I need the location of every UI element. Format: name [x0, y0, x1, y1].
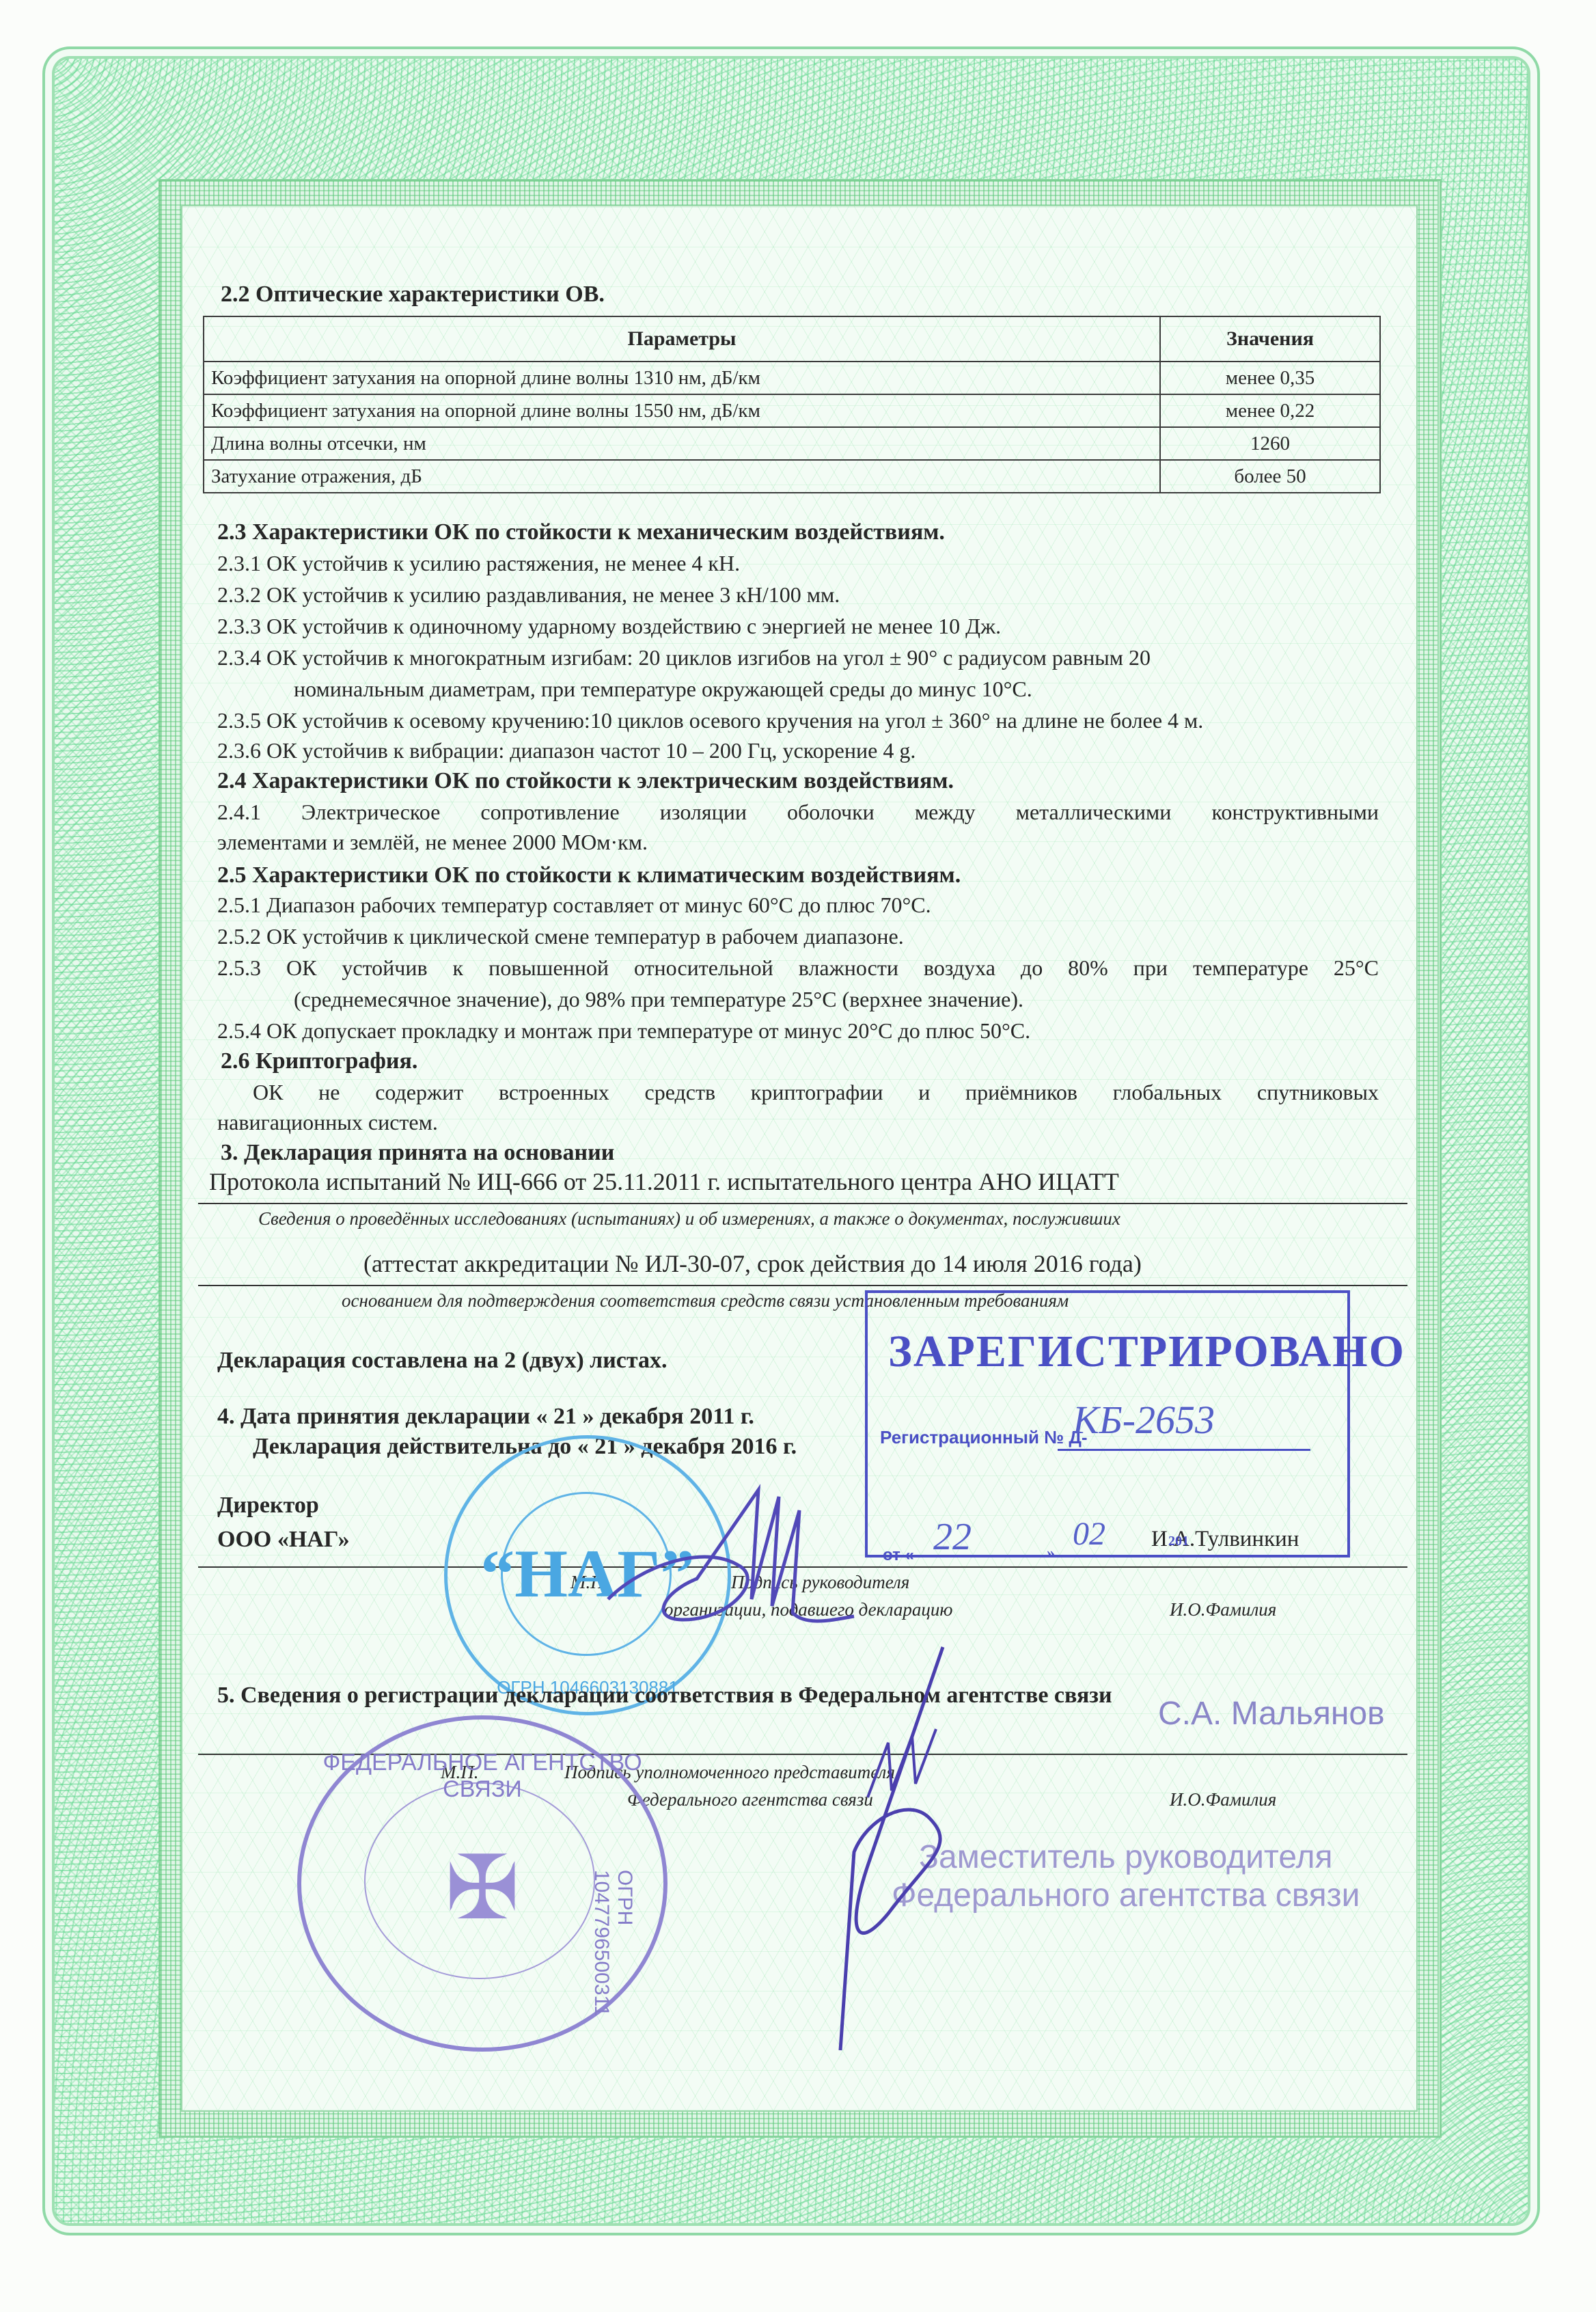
reg-number-line: [1058, 1449, 1310, 1451]
table-cell-value: менее 0,22: [1160, 394, 1380, 427]
item-2-5-4: 2.5.4 ОК допускает прокладку и монтаж пр…: [217, 1018, 1030, 1044]
table-row: Коэффициент затухания на опорной длине в…: [204, 362, 1380, 394]
agency-signature: [752, 1640, 1038, 2064]
table-row: Затухание отражения, дБ более 50: [204, 460, 1380, 493]
agency-seal: ФЕДЕРАЛЬНОЕ АГЕНТСТВО СВЯЗИ ОГРН 1047796…: [297, 1715, 668, 2052]
reg-number-label: Регистрационный № Д-: [880, 1427, 1088, 1448]
caption-research: Сведения о проведённых исследованиях (ис…: [258, 1208, 1120, 1229]
table-header-row: Параметры Значения: [204, 316, 1380, 362]
table-cell-value: менее 0,35: [1160, 362, 1380, 394]
crypto-text: ОК не содержит встроенных средств крипто…: [253, 1080, 1379, 1105]
agency-seal-top-text: ФЕДЕРАЛЬНОЕ АГЕНТСТВО СВЯЗИ: [301, 1750, 663, 1803]
agency-name-caption: И.О.Фамилия: [1170, 1789, 1276, 1810]
optics-table: Параметры Значения Коэффициент затухания…: [203, 316, 1381, 493]
accreditation-rule: [198, 1285, 1407, 1286]
reg-date-year: 201: [1168, 1534, 1189, 1549]
table-cell-param: Коэффициент затухания на опорной длине в…: [204, 362, 1160, 394]
protocol-line: Протокола испытаний № ИЦ-666 от 25.11.20…: [209, 1167, 1119, 1196]
section-2-3-title: 2.3 Характеристики ОК по стойкости к мех…: [217, 519, 945, 545]
item-2-3-5: 2.3.5 ОК устойчив к осевому кручению:10 …: [217, 708, 1203, 733]
reg-date-prefix: от «: [883, 1546, 914, 1565]
section-2-5-title: 2.5 Характеристики ОК по стойкости к кли…: [217, 862, 961, 888]
item-2-3-6: 2.3.6 ОК устойчив к вибрации: диапазон ч…: [217, 738, 916, 763]
item-2-5-3: 2.5.3 ОК устойчив к повышенной относител…: [217, 955, 1379, 981]
table-row: Длина волны отсечки, нм 1260: [204, 427, 1380, 460]
registration-stamp: ЗАРЕГИСТРИРОВАНО Регистрационный № Д- КБ…: [865, 1290, 1350, 1558]
item-2-3-1: 2.3.1 ОК устойчив к усилию растяжения, н…: [217, 551, 740, 576]
item-2-4-1: 2.4.1 Электрическое сопротивление изоляц…: [217, 800, 1379, 825]
signatory-position: Директор: [217, 1493, 319, 1519]
crypto-text-cont: навигационных систем.: [217, 1110, 438, 1135]
name-caption: И.О.Фамилия: [1170, 1599, 1276, 1620]
item-2-3-2: 2.3.2 ОК устойчив к усилию раздавливания…: [217, 582, 840, 608]
reg-number-value: КБ-2653: [1073, 1397, 1215, 1443]
sheets-count: Декларация составлена на 2 (двух) листах…: [217, 1348, 668, 1374]
signatory-organization: ООО «НАГ»: [217, 1527, 350, 1553]
item-2-4-1-cont: элементами и землёй, не менее 2000 МОм·к…: [217, 830, 648, 855]
table-cell-param: Коэффициент затухания на опорной длине в…: [204, 394, 1160, 427]
item-2-3-4-cont: номинальным диаметрам, при температуре о…: [294, 677, 1032, 702]
section-2-4-title: 2.4 Характеристики ОК по стойкости к эле…: [217, 768, 954, 794]
table-header-params: Параметры: [204, 316, 1160, 362]
table-header-values: Значения: [1160, 316, 1380, 362]
item-2-3-3: 2.3.3 ОК устойчив к одиночному ударному …: [217, 614, 1001, 639]
reg-stamp-title: ЗАРЕГИСТРИРОВАНО: [888, 1326, 1405, 1378]
reg-date-day: 22: [933, 1515, 972, 1559]
table-row: Коэффициент затухания на опорной длине в…: [204, 394, 1380, 427]
adoption-date: 4. Дата принятия декларации « 21 » декаб…: [217, 1404, 754, 1430]
section-3-title: 3. Декларация принята на основании: [221, 1140, 614, 1166]
director-signature: [601, 1463, 861, 1640]
table-cell-value: более 50: [1160, 460, 1380, 493]
item-2-5-2: 2.5.2 ОК устойчив к циклической смене те…: [217, 924, 904, 949]
reg-date-sep: »: [1047, 1545, 1055, 1563]
section-2-2-title: 2.2 Оптические характеристики ОВ.: [221, 282, 605, 308]
stamp-signer-name: С.А. Мальянов: [1158, 1695, 1385, 1732]
table-cell-value: 1260: [1160, 427, 1380, 460]
table-cell-param: Длина волны отсечки, нм: [204, 427, 1160, 460]
protocol-rule: [198, 1203, 1407, 1204]
reg-date-month: 02: [1073, 1515, 1105, 1553]
item-2-5-3-cont: (среднемесячное значение), до 98% при те…: [294, 987, 1023, 1012]
table-cell-param: Затухание отражения, дБ: [204, 460, 1160, 493]
accreditation-line: (аттестат аккредитации № ИЛ-30-07, срок …: [363, 1249, 1142, 1278]
double-headed-eagle-icon: ✠: [301, 1836, 663, 1940]
section-2-6-title: 2.6 Криптография.: [221, 1048, 417, 1074]
item-2-5-1: 2.5.1 Диапазон рабочих температур состав…: [217, 893, 931, 918]
item-2-3-4: 2.3.4 ОК устойчив к многократным изгибам…: [217, 645, 1379, 670]
